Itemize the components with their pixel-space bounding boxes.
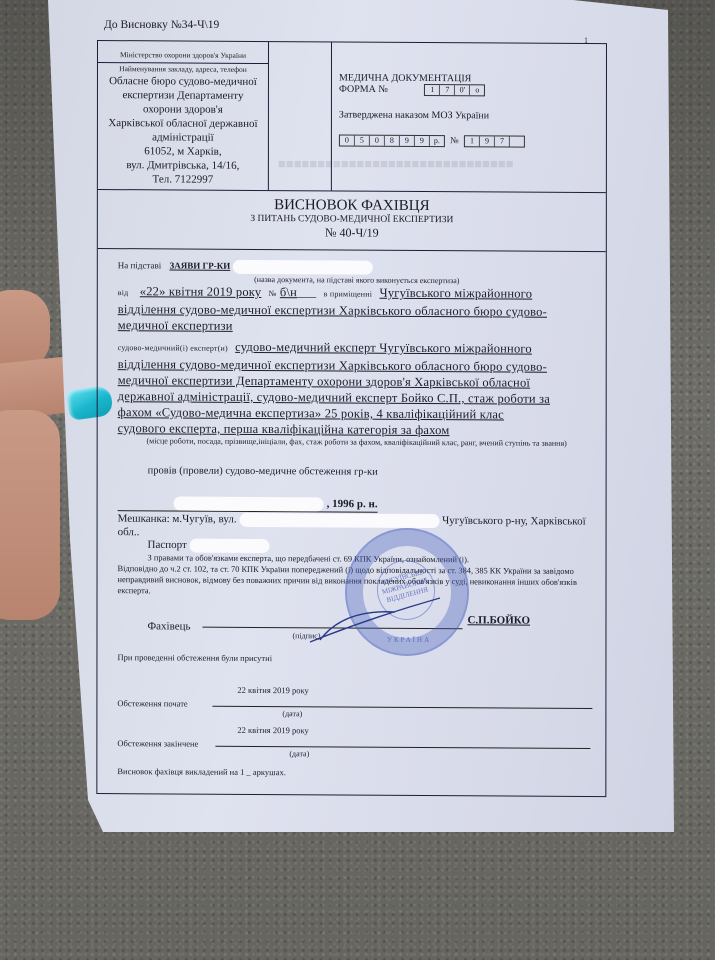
medical-docs-label: МЕДИЧНА ДОКУМЕНТАЦІЯ ФОРМА № 170'о xyxy=(339,72,485,96)
experts-caption: (місце роботи, посада, прізвище,ініціали… xyxy=(118,436,596,448)
institution-address: Обласне бюро судово-медичної експертизи … xyxy=(98,74,268,187)
institution-block: Міністерство охорони здоров'я України На… xyxy=(98,41,269,190)
redacted-name xyxy=(232,260,372,275)
form-frame: Міністерство охорони здоров'я України На… xyxy=(96,40,607,797)
sheets-count: Висновок фахівця викладений на 1 _ аркуш… xyxy=(117,766,595,779)
document-reference: До Висновку №34-Ч\19 xyxy=(104,19,219,31)
examination-statement: провів (провели) судово-медичне обстежен… xyxy=(148,465,596,479)
residence-line: Мешканка: м.Чугуїв, вул. Чугуївського р-… xyxy=(118,512,596,541)
specialist-label: Фахівець xyxy=(147,620,190,632)
document-number: № 40-Ч/19 xyxy=(98,224,606,242)
present-label: При проведенні обстеження були присутні xyxy=(117,652,595,665)
document-body: На підставі ЗАЯВИ ГР-КИ (назва документа… xyxy=(117,259,595,779)
ministry-name: Міністерство охорони здоров'я України xyxy=(98,41,268,64)
signature-scribble xyxy=(300,590,450,650)
form-info-block: МЕДИЧНА ДОКУМЕНТАЦІЯ ФОРМА № 170'о Затве… xyxy=(331,42,607,192)
specialist-name: С.П.БОЙКО xyxy=(467,614,530,626)
basis-details: від «22» квітня 2019 року № б\н___ в при… xyxy=(118,283,596,336)
redacted-address xyxy=(239,513,439,528)
started-row: Обстеження почате 22 квітня 2019 року (д… xyxy=(117,684,595,723)
examinee-line: , 1996 р. н. xyxy=(118,496,378,513)
redacted-passport xyxy=(190,539,270,553)
form-number-boxes: 170'о xyxy=(424,84,485,96)
approved-by: Затверджена наказом МОЗ України xyxy=(339,109,489,121)
document-title-block: ВИСНОВОК ФАХІВЦЯ З ПИТАНЬ СУДОВО-МЕДИЧНО… xyxy=(98,189,606,252)
experts-block: судово-медичний(і) експерт(и) судово-мед… xyxy=(118,338,596,439)
order-code: 050899р. № 197 xyxy=(339,134,525,147)
basis-line: На підставі ЗАЯВИ ГР-КИ xyxy=(118,259,596,276)
redacted-name xyxy=(174,496,324,511)
finished-row: Обстеження закінчене 22 квітня 2019 року… xyxy=(117,724,595,763)
institution-label: Найменування закладу, адреса, телефон xyxy=(98,64,268,74)
